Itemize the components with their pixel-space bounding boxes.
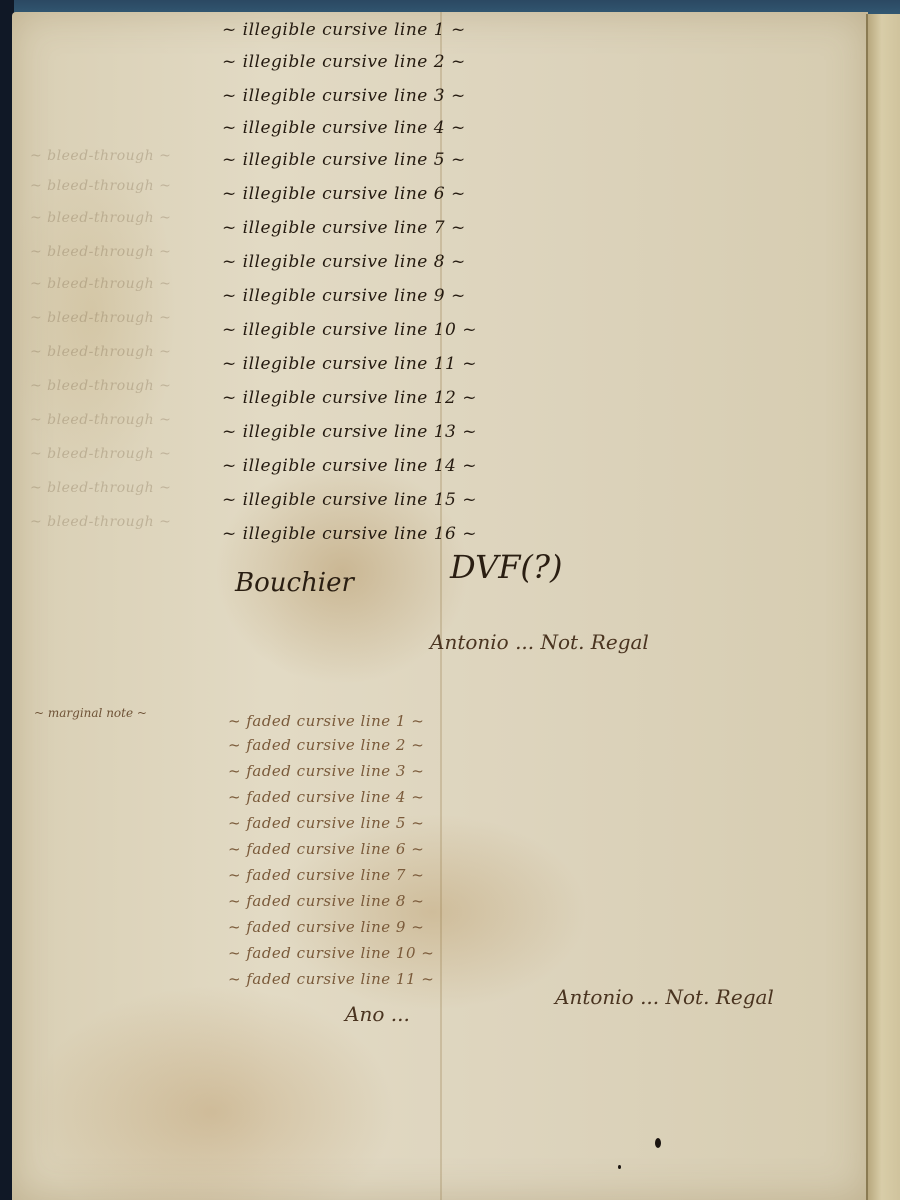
text-line: ~ illegible cursive line 13 ~ — [222, 422, 477, 442]
ghost-line: ~ bleed-through ~ — [30, 378, 171, 394]
text-line: ~ illegible cursive line 3 ~ — [222, 86, 466, 106]
faded-line: ~ faded cursive line 4 ~ — [228, 788, 424, 806]
text-line: ~ illegible cursive line 9 ~ — [222, 286, 466, 306]
ghost-line: ~ bleed-through ~ — [30, 446, 171, 462]
signature-bottom-left: Ano ... — [345, 1002, 410, 1026]
text-line: ~ illegible cursive line 1 ~ — [222, 20, 466, 40]
text-line: ~ illegible cursive line 10 ~ — [222, 320, 477, 340]
ghost-line: ~ bleed-through ~ — [30, 412, 171, 428]
faded-line: ~ faded cursive line 1 ~ — [228, 712, 424, 730]
text-line: ~ illegible cursive line 15 ~ — [222, 490, 477, 510]
faded-line: ~ faded cursive line 10 ~ — [228, 944, 434, 962]
text-line: ~ illegible cursive line 5 ~ — [222, 150, 466, 170]
margin-note: ~ marginal note ~ — [34, 706, 147, 720]
faded-line: ~ faded cursive line 3 ~ — [228, 762, 424, 780]
text-line: ~ illegible cursive line 4 ~ — [222, 118, 466, 138]
ghost-line: ~ bleed-through ~ — [30, 148, 171, 164]
faded-line: ~ faded cursive line 5 ~ — [228, 814, 424, 832]
faded-line: ~ faded cursive line 6 ~ — [228, 840, 424, 858]
ghost-line: ~ bleed-through ~ — [30, 276, 171, 292]
faded-line: ~ faded cursive line 9 ~ — [228, 918, 424, 936]
text-line: ~ illegible cursive line 7 ~ — [222, 218, 466, 238]
ghost-line: ~ bleed-through ~ — [30, 514, 171, 530]
text-line: ~ illegible cursive line 8 ~ — [222, 252, 466, 272]
faded-line: ~ faded cursive line 7 ~ — [228, 866, 424, 884]
ghost-line: ~ bleed-through ~ — [30, 178, 171, 194]
ghost-line: ~ bleed-through ~ — [30, 344, 171, 360]
text-line: ~ illegible cursive line 6 ~ — [222, 184, 466, 204]
signature-notary-bottom: Antonio ... Not. Regal — [555, 985, 774, 1009]
ghost-line: ~ bleed-through ~ — [30, 480, 171, 496]
ghost-line: ~ bleed-through ~ — [30, 310, 171, 326]
faded-line: ~ faded cursive line 2 ~ — [228, 736, 424, 754]
text-line: ~ illegible cursive line 16 ~ — [222, 524, 477, 544]
text-line: ~ illegible cursive line 12 ~ — [222, 388, 477, 408]
signature-center: DVF(?) — [450, 548, 563, 586]
signature-notary: Antonio ... Not. Regal — [430, 630, 649, 654]
text-line: ~ illegible cursive line 14 ~ — [222, 456, 477, 476]
paper-hole — [655, 1138, 661, 1148]
faded-line: ~ faded cursive line 11 ~ — [228, 970, 434, 988]
signature-left: Bouchier — [235, 568, 354, 598]
ghost-line: ~ bleed-through ~ — [30, 210, 171, 226]
paper-hole — [618, 1165, 621, 1169]
faded-line: ~ faded cursive line 8 ~ — [228, 892, 424, 910]
text-line: ~ illegible cursive line 2 ~ — [222, 52, 466, 72]
adjacent-page-edge — [866, 14, 900, 1200]
text-line: ~ illegible cursive line 11 ~ — [222, 354, 477, 374]
ghost-line: ~ bleed-through ~ — [30, 244, 171, 260]
